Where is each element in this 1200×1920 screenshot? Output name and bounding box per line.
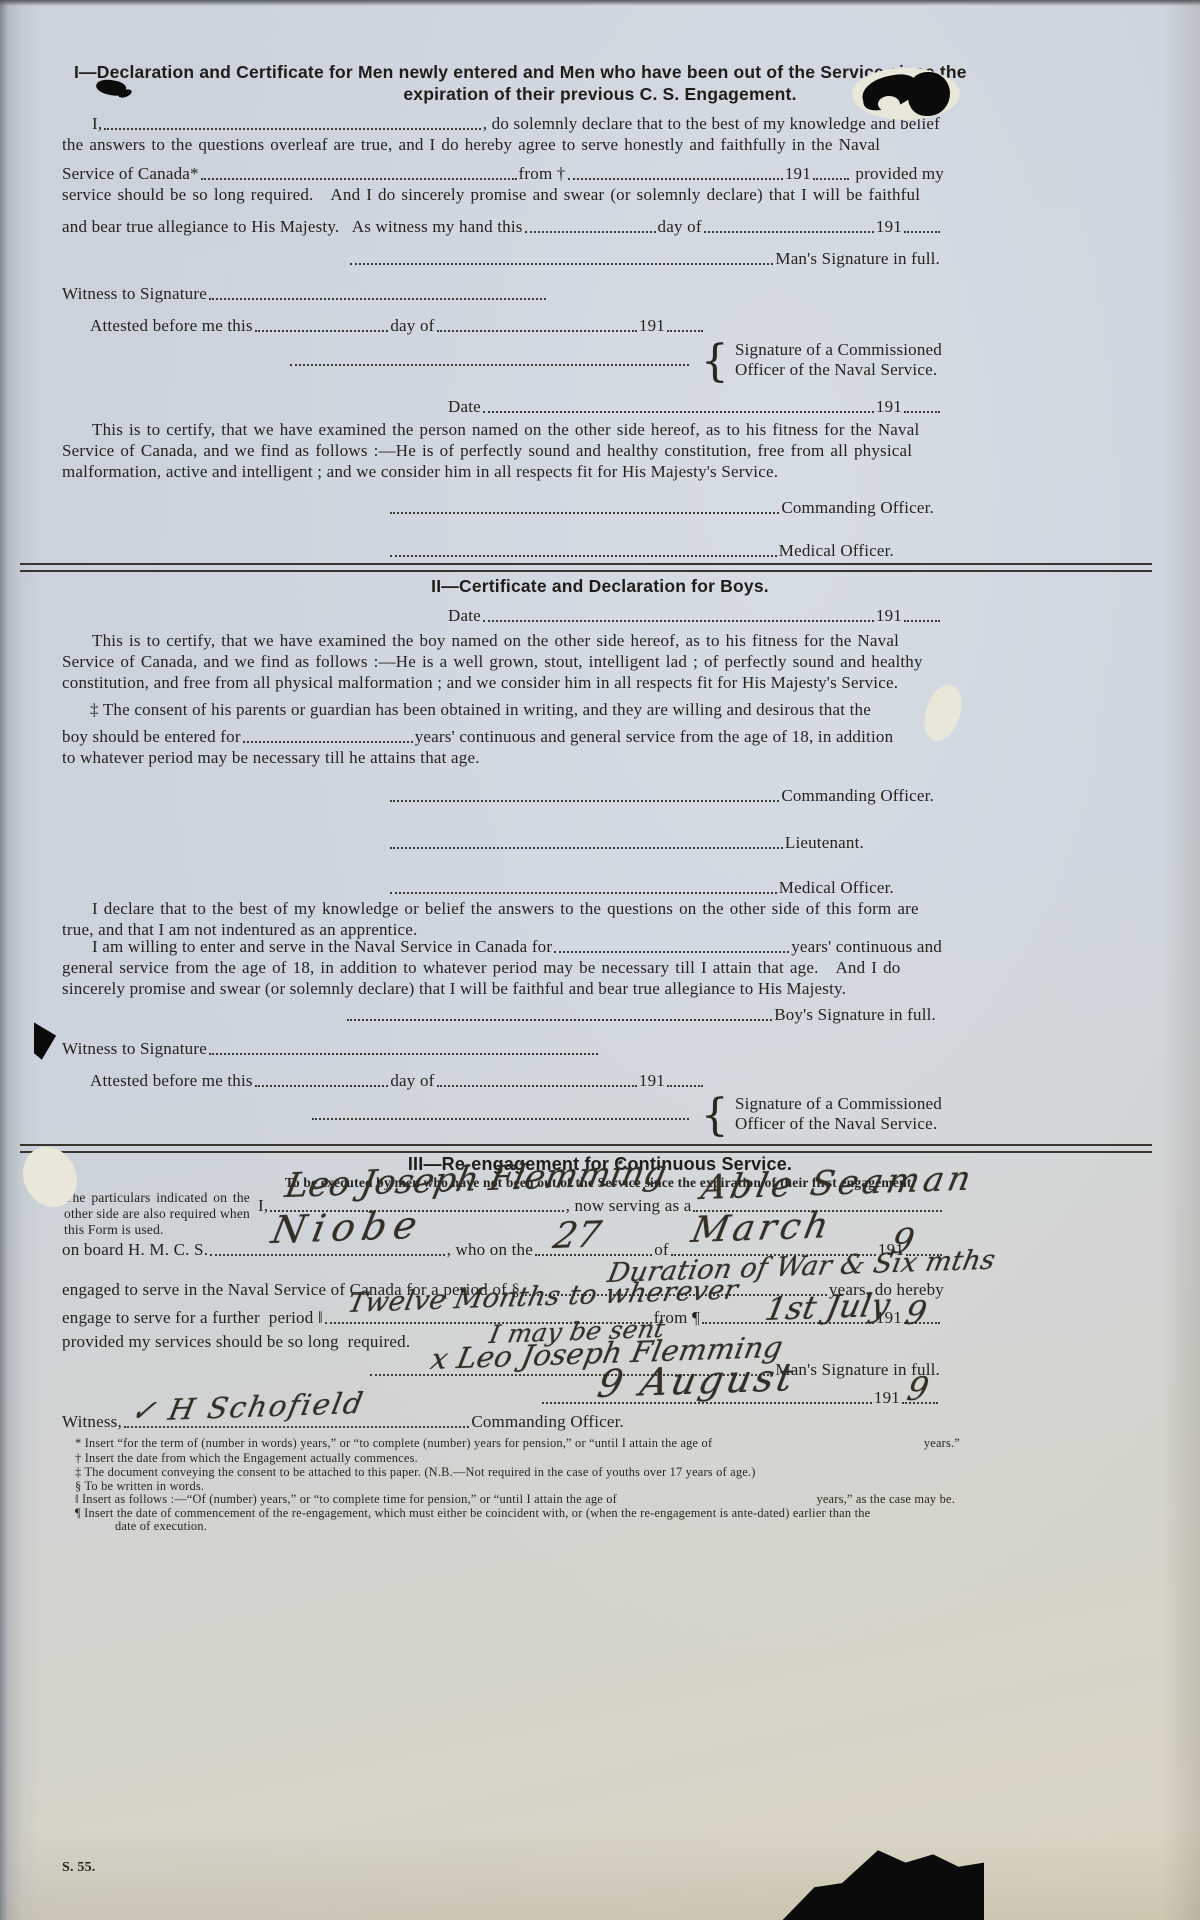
label-191: 191 bbox=[639, 1071, 665, 1091]
handwritten-ship-text: Niobe bbox=[268, 1203, 428, 1252]
footnote-text: ‖ Insert as follows :—“Of (number) years… bbox=[75, 1492, 617, 1506]
label-date: Date bbox=[448, 606, 481, 626]
label-mans-signature: Man's Signature in full. bbox=[775, 249, 940, 269]
consent-text: ‡ The consent of his parents or guardian… bbox=[90, 700, 871, 720]
certify-boy-line1: This is to certify, that we have examine… bbox=[92, 631, 942, 651]
label-i: I, bbox=[92, 114, 102, 134]
label-further-period: engage to serve for a further period ‖ bbox=[62, 1308, 323, 1328]
dotted-blank bbox=[667, 1085, 703, 1087]
label-i: I, bbox=[258, 1196, 268, 1216]
dotted-blank bbox=[483, 411, 874, 413]
label-commanding-officer: Commanding Officer. bbox=[471, 1412, 624, 1432]
certify-text: This is to certify, that we have examine… bbox=[92, 631, 899, 651]
handwritten-month: March bbox=[688, 1205, 836, 1251]
dotted-blank bbox=[390, 800, 779, 802]
certify-boy-line2: Service of Canada, and we find as follow… bbox=[62, 652, 942, 672]
boy-signature-line: Boy's Signature in full. bbox=[345, 1005, 936, 1025]
label-on-board-hmcs: on board H. M. C. S. bbox=[62, 1240, 208, 1260]
dotted-blank bbox=[437, 330, 637, 332]
medical-officer-line: Medical Officer. bbox=[388, 541, 894, 561]
reengage-provided-line: provided my services should be so long r… bbox=[62, 1332, 410, 1352]
dotted-blank bbox=[390, 892, 777, 894]
service-text2: service should be so long required. And … bbox=[62, 185, 920, 205]
dotted-blank bbox=[390, 847, 783, 849]
dotted-blank bbox=[525, 231, 656, 233]
dotted-blank bbox=[542, 1402, 872, 1404]
certify-men-line3: malformation, active and intelligent ; a… bbox=[62, 462, 840, 482]
commanding-officer-line: Commanding Officer. bbox=[388, 786, 934, 806]
label-medical-officer: Medical Officer. bbox=[779, 541, 894, 561]
label-191: 191 bbox=[876, 606, 902, 626]
commanding-officer-line: Commanding Officer. bbox=[388, 498, 934, 518]
double-rule bbox=[20, 563, 1152, 572]
label-commanding-officer: Commanding Officer. bbox=[781, 786, 934, 806]
dotted-blank bbox=[209, 298, 546, 300]
entered-text2: to whatever period may be necessary till… bbox=[62, 748, 480, 768]
paper-damage-patch bbox=[878, 96, 900, 112]
label-attested: Attested before me this bbox=[90, 316, 253, 336]
dotted-blank bbox=[243, 741, 413, 743]
handwritten-sign-date-text: 9 August bbox=[594, 1355, 800, 1406]
allegiance-text: and bear true allegiance to His Majesty.… bbox=[62, 217, 523, 237]
willing-text3: sincerely promise and swear (or solemnly… bbox=[62, 979, 846, 999]
declaration-text: , do solemnly declare that to the best o… bbox=[483, 114, 940, 134]
allegiance-line: and bear true allegiance to His Majesty.… bbox=[62, 217, 942, 237]
margin-note: The particulars indicated on the other s… bbox=[64, 1190, 250, 1239]
label-191: 191 bbox=[785, 164, 811, 184]
label-191: 191 bbox=[874, 1388, 900, 1408]
certify-text: Service of Canada, and we find as follow… bbox=[62, 652, 923, 672]
service-of-canada-line: Service of Canada* from † 191 provided m… bbox=[62, 164, 944, 184]
entered-text: years' continuous and general service fr… bbox=[415, 727, 894, 747]
label-medical-officer: Medical Officer. bbox=[779, 878, 894, 898]
declaration-name-line: I, , do solemnly declare that to the bes… bbox=[92, 114, 940, 134]
footnote-text: date of execution. bbox=[115, 1519, 207, 1533]
dotted-blank bbox=[704, 231, 874, 233]
dotted-blank bbox=[290, 364, 689, 366]
label-now-serving: , now serving as a bbox=[566, 1196, 692, 1216]
certify-men-line1: This is to certify, that we have examine… bbox=[92, 420, 942, 440]
dotted-blank bbox=[255, 330, 389, 332]
label-commanding-officer: Commanding Officer. bbox=[781, 498, 934, 518]
handwritten-month-text: March bbox=[688, 1205, 836, 1251]
footnote-parallel: ‖ Insert as follows :—“Of (number) years… bbox=[75, 1492, 955, 1506]
section1-heading-line2: expiration of their previous C. S. Engag… bbox=[0, 84, 1200, 105]
certify-boy-line3: constitution, and free from all physical… bbox=[62, 673, 930, 693]
willing-line1: I am willing to enter and serve in the N… bbox=[92, 937, 942, 957]
dotted-blank bbox=[904, 411, 940, 413]
attested-line: Attested before me this day of 191 bbox=[90, 1071, 705, 1091]
dotted-blank bbox=[210, 1254, 444, 1256]
dotted-blank bbox=[568, 178, 783, 180]
footnote-right-text: years,” as the case may be. bbox=[816, 1492, 955, 1506]
certify-text: constitution, and free from all physical… bbox=[62, 673, 898, 693]
label-day-of: day of bbox=[390, 316, 434, 336]
footnote-text: ¶ Insert the date of commencement of the… bbox=[75, 1506, 870, 1520]
edge-mark bbox=[34, 1018, 60, 1062]
willing-text-b: years' continuous and bbox=[791, 937, 942, 957]
commissioned-officer-signature-block: { Signature of a Commissioned Officer of… bbox=[310, 1094, 942, 1134]
label-who-on-the: , who on the bbox=[447, 1240, 533, 1260]
section1-heading-text2: expiration of their previous C. S. Engag… bbox=[403, 84, 796, 104]
footnote-section: § To be written in words. bbox=[75, 1479, 204, 1493]
label-from: from † bbox=[519, 164, 566, 184]
footnote-text: † Insert the date from which the Engagem… bbox=[75, 1451, 418, 1465]
willing-line2: general service from the age of 18, in a… bbox=[62, 958, 942, 978]
willing-text2: general service from the age of 18, in a… bbox=[62, 958, 901, 978]
footnote-double-dagger: ‡ The document conveying the consent to … bbox=[75, 1465, 756, 1479]
entered-for-line2: to whatever period may be necessary till… bbox=[62, 748, 640, 768]
label-191: 191 bbox=[876, 217, 902, 237]
footnote-pilcrow-line2: date of execution. bbox=[115, 1519, 207, 1533]
certify-men-line2: Service of Canada, and we find as follow… bbox=[62, 441, 942, 461]
dotted-blank bbox=[312, 1118, 689, 1120]
dotted-blank bbox=[554, 951, 789, 953]
dotted-blank bbox=[255, 1085, 389, 1087]
label-provided-my: provided my bbox=[851, 164, 944, 184]
label-191: 191 bbox=[639, 316, 665, 336]
date-line: Date 191 bbox=[448, 397, 942, 417]
caption-line1: Signature of a Commissioned bbox=[735, 1094, 942, 1114]
dotted-blank bbox=[104, 128, 480, 130]
handwritten-ship: Niobe bbox=[268, 1203, 428, 1252]
torn-corner bbox=[772, 1838, 984, 1920]
footnote-asterisk: * Insert “for the term of (number in wor… bbox=[75, 1436, 960, 1450]
certify-text: This is to certify, that we have examine… bbox=[92, 420, 919, 440]
dotted-blank bbox=[350, 263, 773, 265]
entered-for-line: boy should be entered for years' continu… bbox=[62, 727, 942, 747]
footnote-pilcrow: ¶ Insert the date of commencement of the… bbox=[75, 1506, 870, 1520]
double-rule bbox=[20, 1144, 1152, 1153]
man-signature-line: Man's Signature in full. bbox=[348, 249, 940, 269]
dotted-blank bbox=[483, 620, 874, 622]
date-line: Date 191 bbox=[448, 606, 942, 626]
commissioned-officer-caption: Signature of a Commissioned Officer of t… bbox=[735, 340, 942, 380]
service-line2: service should be so long required. And … bbox=[62, 185, 942, 205]
commissioned-officer-caption: Signature of a Commissioned Officer of t… bbox=[735, 1094, 942, 1134]
caption-line1: Signature of a Commissioned bbox=[735, 340, 942, 360]
label-witness-to-signature: Witness to Signature bbox=[62, 1039, 207, 1059]
footnote-text: * Insert “for the term of (number in wor… bbox=[75, 1436, 712, 1450]
handwritten-from-text: 1st July bbox=[762, 1286, 894, 1328]
footnote-text: § To be written in words. bbox=[75, 1479, 204, 1493]
willing-line3: sincerely promise and swear (or solemnly… bbox=[62, 979, 890, 999]
consent-line: ‡ The consent of his parents or guardian… bbox=[90, 700, 936, 720]
dotted-blank bbox=[390, 512, 779, 514]
margin-note-text: The particulars indicated on the other s… bbox=[64, 1190, 250, 1237]
form-code: S. 55. bbox=[62, 1860, 96, 1876]
label-lieutenant: Lieutenant. bbox=[785, 833, 864, 853]
handwritten-day-text: 27 bbox=[550, 1214, 605, 1257]
label-day-of: day of bbox=[390, 1071, 434, 1091]
form-code-text: S. 55. bbox=[62, 1860, 96, 1875]
provided-text: provided my services should be so long r… bbox=[62, 1332, 410, 1352]
witness-signature-line: Witness to Signature bbox=[62, 284, 548, 304]
label-boys-signature: Boy's Signature in full. bbox=[774, 1005, 936, 1025]
dotted-blank bbox=[347, 1019, 772, 1021]
section2-heading: II—Certificate and Declaration for Boys. bbox=[0, 576, 1200, 597]
label-191: 191 bbox=[876, 397, 902, 417]
label-entered-for: boy should be entered for bbox=[62, 727, 241, 747]
commissioned-officer-signature-block: { Signature of a Commissioned Officer of… bbox=[288, 340, 942, 380]
footnote-text: ‡ The document conveying the consent to … bbox=[75, 1465, 756, 1479]
lieutenant-line: Lieutenant. bbox=[388, 833, 864, 853]
scanned-naval-form-page: I—Declaration and Certificate for Men ne… bbox=[0, 0, 1200, 1920]
declare-line1: I declare that to the best of my knowled… bbox=[92, 899, 942, 919]
caption-line2: Officer of the Naval Service. bbox=[735, 1114, 942, 1134]
attested-line: Attested before me this day of 191 bbox=[90, 316, 705, 336]
certify-text: Service of Canada, and we find as follow… bbox=[62, 441, 912, 461]
label-service-of-canada: Service of Canada* bbox=[62, 164, 199, 184]
dotted-blank bbox=[904, 231, 940, 233]
dotted-blank bbox=[209, 1053, 598, 1055]
footnote-dagger: † Insert the date from which the Engagem… bbox=[75, 1451, 418, 1465]
declaration-line2: the answers to the questions overleaf ar… bbox=[62, 135, 944, 155]
section2-title-text: II—Certificate and Declaration for Boys. bbox=[431, 576, 769, 596]
section1-heading-text1: I—Declaration and Certificate for Men ne… bbox=[74, 62, 967, 82]
label-witness: Witness, bbox=[62, 1412, 122, 1432]
label-attested: Attested before me this bbox=[90, 1071, 253, 1091]
handwritten-from-date: 1st July bbox=[762, 1286, 894, 1328]
label-date: Date bbox=[448, 397, 481, 417]
dotted-blank bbox=[390, 555, 777, 557]
dotted-blank bbox=[667, 330, 703, 332]
footnote-right-text: years.” bbox=[924, 1436, 960, 1450]
witness-signature-line: Witness to Signature bbox=[62, 1039, 600, 1059]
medical-officer-line: Medical Officer. bbox=[388, 878, 894, 898]
brace-glyph: { bbox=[701, 1097, 729, 1134]
handwritten-sign-date: 9 August bbox=[594, 1355, 800, 1406]
section1-heading-line1: I—Declaration and Certificate for Men ne… bbox=[74, 62, 962, 82]
label-day-of: day of bbox=[658, 217, 702, 237]
brace-glyph: { bbox=[701, 343, 729, 380]
willing-text: I am willing to enter and serve in the N… bbox=[92, 937, 552, 957]
caption-line2: Officer of the Naval Service. bbox=[735, 360, 942, 380]
certify-text: malformation, active and intelligent ; a… bbox=[62, 462, 778, 482]
declare-text: I declare that to the best of my knowled… bbox=[92, 899, 919, 919]
dotted-blank bbox=[437, 1085, 637, 1087]
dotted-blank bbox=[904, 620, 940, 622]
handwritten-day: 27 bbox=[550, 1214, 605, 1257]
declaration-text2: the answers to the questions overleaf ar… bbox=[62, 135, 880, 155]
label-witness-to-signature: Witness to Signature bbox=[62, 284, 207, 304]
dotted-blank bbox=[201, 178, 517, 180]
dotted-blank bbox=[813, 178, 849, 180]
